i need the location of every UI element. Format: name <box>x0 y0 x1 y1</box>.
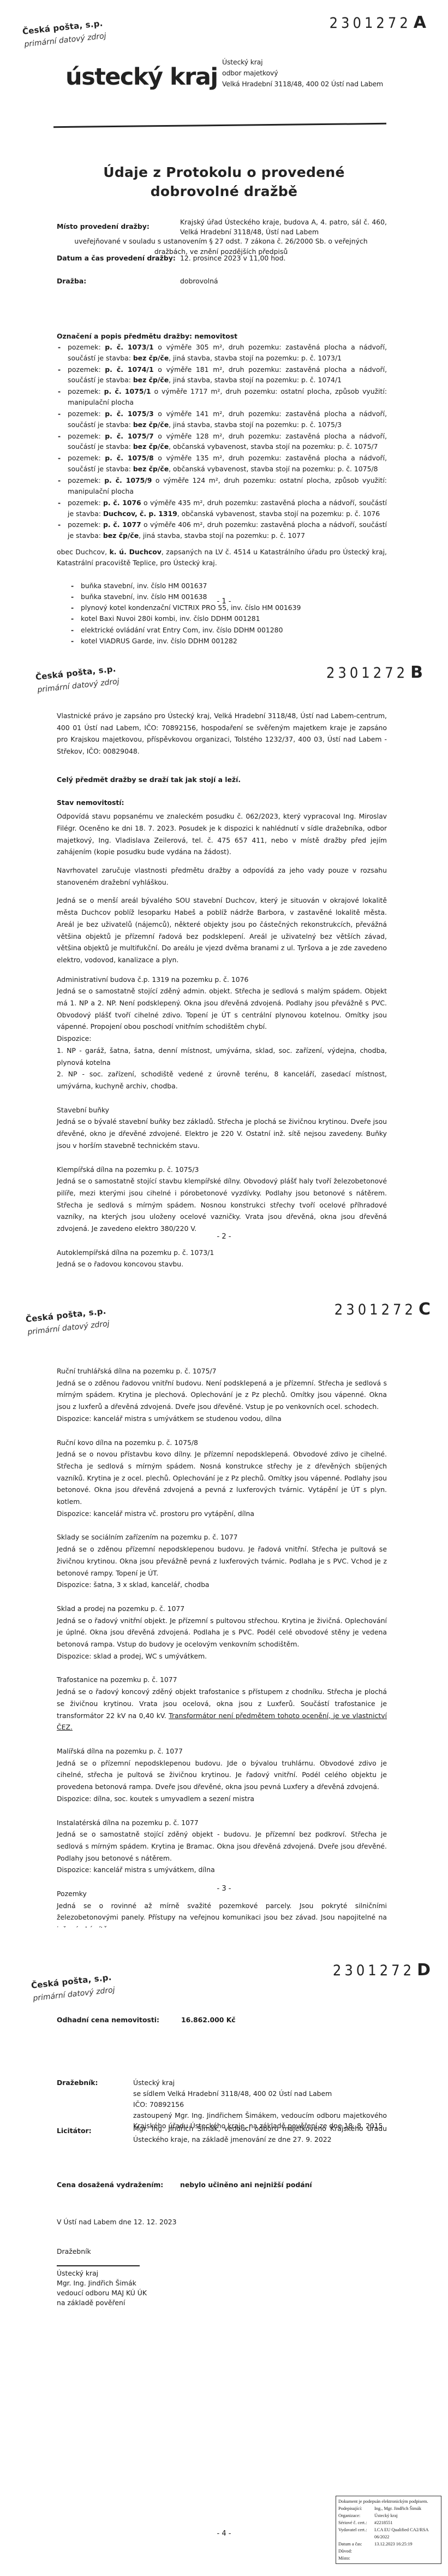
esig-rows: Podepisující:Ing., Mgr. Jindřich ŠimákOr… <box>338 2505 439 2562</box>
title-line-2: dobrovolné dražbě <box>0 182 448 201</box>
page-2: Česká pošta, s.p. primární datový zdroj … <box>0 644 448 1278</box>
valuation-value: 16.862.000 Kč <box>181 2015 387 2025</box>
building-title: Autoklempířská dílna na pozemku p. č. 10… <box>57 1247 387 1259</box>
condition-paragraph: Jedná se o menší areál bývalého SOU stav… <box>57 895 387 966</box>
p2-content: Vlastnické právo je zapsáno pro Ústecký … <box>57 710 387 1278</box>
building-title: Stavební buňky <box>57 1104 387 1116</box>
place-date: V Ústí nad Labem dne 12. 12. 2023 <box>57 2217 387 2227</box>
parcel-desc-2: , občanská vybavenost, stavba stojí na p… <box>169 465 378 473</box>
building-text: Jedná se o řadový vnitřní objekt. Je pří… <box>57 1615 387 1650</box>
parcel-prefix: pozemek: <box>68 520 103 529</box>
result-row: Cena dosažená vydražením: nebylo učiněno… <box>57 2180 387 2190</box>
building-text: Jedná se o bývalé stavební buňky bez zák… <box>57 1116 387 1151</box>
building-text: Jedná se o přízemní nepodsklepenou budov… <box>57 1757 387 1793</box>
building-text: Dispozice: šatna, 3 x sklad, kancelář, c… <box>57 1579 387 1591</box>
parcel-prefix: pozemek: <box>68 454 105 462</box>
building-text: Dispozice: kancelář mistra vč. prostoru … <box>57 1508 387 1520</box>
post-stamp: Česká pošta, s.p. primární datový zdroj <box>22 17 106 50</box>
esig-label: Sériové č. cert.: <box>338 2519 374 2526</box>
esig-row: Vydavatel cert.:I.CA EU Qualified CA2/RS… <box>338 2526 439 2541</box>
building-text: Dispozice: dílna, soc. koutek s umyvadle… <box>57 1793 387 1805</box>
parcel-desc-2: , jiná stavba, stavba stojí na pozemku: … <box>169 354 342 362</box>
page-suffix: B <box>410 663 423 682</box>
building-text: Dispozice: kancelář mistra s umývátkem, … <box>57 1864 387 1876</box>
doc-number: 2301272D <box>333 1958 431 1982</box>
doc-number: 2301272C <box>334 1298 431 1322</box>
cadastre-pre: obec Duchcov, <box>57 548 110 556</box>
parcel-item: pozemek: p. č. 1074/1 o výměře 181 m², d… <box>57 364 387 386</box>
auction-type-value: dobrovolná <box>180 276 387 286</box>
esig-value: Ústecký kraj <box>374 2512 398 2519</box>
org-line: Ústecký kraj <box>222 57 383 68</box>
parcel-item: pozemek: p. č. 1075/7 o výměře 128 m², d… <box>57 431 387 453</box>
parcel-id: p. č. 1075/1 <box>104 387 151 395</box>
signature-line-text: vedoucí odboru MAJ KÚ ÚK <box>57 2288 387 2298</box>
subject-heading: Označení a popis předmětu dražby: nemovi… <box>57 331 387 342</box>
esig-header: Dokument je podepsán elektronickým podpi… <box>338 2498 439 2505</box>
building-text: Dispozice: <box>57 1033 387 1045</box>
building-section: Sklady se sociálním zařízením na pozemku… <box>57 1531 387 1591</box>
parcel-item: pozemek: p. č. 1075/8 o výměře 135 m², d… <box>57 453 387 475</box>
auction-place: Místo provedení dražby: Krajský úřad Úst… <box>57 217 387 237</box>
post-stamp: Česká pošta, s.p. primární datový zdroj <box>31 1971 115 2004</box>
licitator-value: Mgr. Ing. Jindřich Šimák, vedoucí odboru… <box>133 2123 387 2145</box>
cadastre-note: obec Duchcov, k. ú. Duchcov, zapsaných n… <box>57 547 387 569</box>
auction-info: Místo provedení dražby: Krajský úřad Úst… <box>57 217 387 286</box>
building-descriptions: Ruční truhlářská dílna na pozemku p. č. … <box>57 1365 387 1928</box>
building-text: Jedná se o zděnou přízemní nepodsklepeno… <box>57 1543 387 1579</box>
page-4: Česká pošta, s.p. primární datový zdroj … <box>0 1928 448 2576</box>
esig-label: Organizace: <box>338 2512 374 2519</box>
page-suffix: D <box>417 1961 431 1980</box>
building-title: Trafostanice na pozemku p. č. 1077 <box>57 1674 387 1686</box>
auction-date: Datum a čas provedení dražby: 12. prosin… <box>57 253 387 263</box>
page-number: - 1 - <box>0 597 448 607</box>
parcel-item: pozemek: p. č. 1075/9 o výměře 124 m², d… <box>57 475 387 497</box>
parcel-building: bez čp/če <box>133 421 169 429</box>
page-1: Česká pošta, s.p. primární datový zdroj … <box>0 0 448 644</box>
signature-line-text: Mgr. Ing. Jindřich Šimák <box>57 2278 387 2288</box>
condition-paragraph: Navrhovatel zaručuje vlastnosti předmětu… <box>57 864 387 888</box>
page-number: - 3 - <box>0 1884 448 1894</box>
building-title: Instalatérská dílna na pozemku p. č. 107… <box>57 1817 387 1829</box>
parcel-prefix: pozemek: <box>68 476 104 484</box>
esig-label: Datum a čas: <box>338 2541 374 2548</box>
licitator-row: Licitátor: Mgr. Ing. Jindřich Šimák, ved… <box>57 2123 387 2145</box>
parcel-prefix: pozemek: <box>68 365 105 374</box>
esig-row: Důvod: <box>338 2548 439 2555</box>
auctioneer-line: Ústecký kraj <box>133 2077 387 2088</box>
esig-value: I.CA EU Qualified CA2/RSA 06/2022 <box>374 2526 439 2541</box>
building-text: Dispozice: sklad a prodej, WC s umývátke… <box>57 1650 387 1662</box>
parcel-desc-2: , občanská vybavenost, stavba stojí na p… <box>177 510 380 518</box>
building-text: Jedná se o rovinné až mírně svažité poze… <box>57 1900 387 1928</box>
building-section: Sklad a prodej na pozemku p. č. 1077Jedn… <box>57 1603 387 1662</box>
building-title: Sklady se sociálním zařízením na pozemku… <box>57 1531 387 1543</box>
building-section: Instalatérská dílna na pozemku p. č. 107… <box>57 1817 387 1876</box>
building-text: Jedná se o zděnou řadovou vnitřní budovu… <box>57 1377 387 1413</box>
condition-paragraphs: Odpovídá stavu popsanému ve znaleckém po… <box>57 810 387 966</box>
signature-line-text: na základě pověření <box>57 2298 387 2308</box>
building-title: Sklad a prodej na pozemku p. č. 1077 <box>57 1603 387 1615</box>
p3-content: Ruční truhlářská dílna na pozemku p. č. … <box>57 1358 387 1928</box>
valuation-row: Odhadní cena nemovitosti: 16.862.000 Kč <box>57 2015 387 2025</box>
building-title: Malířská dílna na pozemku p. č. 1077 <box>57 1745 387 1757</box>
auction-type: Dražba: dobrovolná <box>57 276 387 286</box>
auction-date-value: 12. prosince 2023 v 11,00 hod. <box>180 253 387 263</box>
esig-row: Místo: <box>338 2555 439 2562</box>
title-line-1: Údaje z Protokolu o provedené <box>0 163 448 182</box>
building-text: Jedná se o novou přístavbu kovo dílny. J… <box>57 1448 387 1508</box>
esig-label: Podepisující: <box>338 2505 374 2512</box>
movables-list: buňka stavební, inv. číslo HM 001637buňk… <box>70 581 387 644</box>
doc-number: 2301272B <box>326 661 423 685</box>
header-divider <box>53 123 386 128</box>
doc-number-value: 2301272 <box>334 1301 416 1318</box>
parcel-desc-2: , jiná stavba, stavba stojí na pozemku: … <box>169 421 342 429</box>
parcel-item: pozemek: p. č. 1076 o výměře 435 m², dru… <box>57 498 387 519</box>
parcel-id: p. č. 1077 <box>103 520 141 529</box>
building-section: Autoklempířská dílna na pozemku p. č. 10… <box>57 1247 387 1270</box>
auction-type-label: Dražba: <box>57 276 180 286</box>
auctioneer-line: IČO: 70892156 <box>133 2099 387 2110</box>
movable-item: buňka stavební, inv. číslo HM 001637 <box>70 581 387 591</box>
parcel-id: p. č. 1075/3 <box>105 410 153 418</box>
doc-number-value: 2301272 <box>326 665 408 682</box>
parcel-id: p. č. 1075/9 <box>104 476 152 484</box>
building-text: Jedná se o řadovou koncovou stavbu. <box>57 1258 387 1270</box>
parcel-building: bez čp/če <box>103 531 139 540</box>
building-section: Stavební buňkyJedná se o bývalé stavební… <box>57 1104 387 1152</box>
esig-value: #2218551 <box>374 2519 393 2526</box>
building-section: Malířská dílna na pozemku p. č. 1077Jedn… <box>57 1745 387 1805</box>
parcel-prefix: pozemek: <box>68 343 105 351</box>
org-address: Ústecký kraj odbor majetkový Velká Hrade… <box>222 57 383 90</box>
valuation-label: Odhadní cena nemovitosti: <box>57 2015 181 2025</box>
doc-number-value: 2301272 <box>330 15 411 32</box>
building-text: Jedná se o řadový koncový zděný objekt t… <box>57 1686 387 1733</box>
building-title: Klempířská dílna na pozemku p. č. 1075/3 <box>57 1164 387 1176</box>
electronic-signature-box: Dokument je podepsán elektronickým podpi… <box>336 2496 441 2564</box>
movable-item: kotel VIADRUS Garde, inv. číslo DDHM 001… <box>70 636 387 644</box>
result-label: Cena dosažená vydražením: <box>57 2180 180 2190</box>
building-section: Trafostanice na pozemku p. č. 1077Jedná … <box>57 1674 387 1733</box>
doc-number: 2301272A <box>330 11 426 35</box>
org-line: odbor majetkový <box>222 68 383 79</box>
parcel-building: bez čp/če <box>133 442 169 451</box>
building-text: Dispozice: kancelář mistra s umývátkem s… <box>57 1413 387 1425</box>
building-section: Administrativní budova č.p. 1319 na poze… <box>57 974 387 1092</box>
building-title: Administrativní budova č.p. 1319 na poze… <box>57 974 387 986</box>
building-title: Ruční truhlářská dílna na pozemku p. č. … <box>57 1365 387 1377</box>
parcel-item: pozemek: p. č. 1077 o výměře 406 m², dru… <box>57 519 387 541</box>
signature-role: Dražebník <box>57 2247 387 2257</box>
page-suffix: C <box>419 1300 431 1319</box>
parcel-id: p. č. 1073/1 <box>105 343 153 351</box>
parcel-list: pozemek: p. č. 1073/1 o výměře 305 m², d… <box>57 342 387 541</box>
signature-line <box>57 2265 140 2266</box>
signature-block: Ústecký kraj Mgr. Ing. Jindřich Šimák ve… <box>57 2265 387 2308</box>
org-line: Velká Hradební 3118/48, 400 02 Ústí nad … <box>222 79 383 90</box>
parcel-prefix: pozemek: <box>68 387 104 395</box>
licitator-label: Licitátor: <box>57 2123 133 2145</box>
parcel-desc-2: , občanská vybavenost, stavba stojí na p… <box>169 442 378 451</box>
esig-row: Podepisující:Ing., Mgr. Jindřich Šimák <box>338 2505 439 2512</box>
esig-row: Sériové č. cert.:#2218551 <box>338 2519 439 2526</box>
esig-value: 13.12.2023 16:25:19 <box>374 2541 413 2548</box>
auction-place-label: Místo provedení dražby: <box>57 217 180 237</box>
signature-line-text: Ústecký kraj <box>57 2269 387 2278</box>
ownership-text: Vlastnické právo je zapsáno pro Ústecký … <box>57 710 387 757</box>
page-suffix: A <box>414 13 426 32</box>
parcel-item: pozemek: p. č. 1073/1 o výměře 305 m², d… <box>57 342 387 364</box>
condition-heading: Stav nemovitostí: <box>57 797 387 809</box>
parcel-id: p. č. 1074/1 <box>105 365 153 374</box>
esig-label: Místo: <box>338 2555 374 2562</box>
parcel-building: bez čp/če <box>133 465 169 473</box>
movable-item: kotel Baxi Nuvoi 280i kombi, inv. číslo … <box>70 613 387 624</box>
esig-label: Vydavatel cert.: <box>338 2526 374 2541</box>
esig-value: Ing., Mgr. Jindřich Šimák <box>374 2505 421 2512</box>
page-3: Česká pošta, s.p. primární datový zdroj … <box>0 1278 448 1928</box>
as-is-statement: Celý předmět dražby se draží tak jak sto… <box>57 774 387 786</box>
building-text: 2. NP - soc. zařízení, schodiště vedené … <box>57 1068 387 1092</box>
auction-place-value: Krajský úřad Ústeckého kraje, budova A, … <box>180 217 387 237</box>
cadastre-area: k. ú. Duchcov <box>110 548 162 556</box>
parcel-prefix: pozemek: <box>68 432 105 440</box>
condition-paragraph: Odpovídá stavu popsanému ve znaleckém po… <box>57 810 387 858</box>
building-section: Ruční kovo dílna na pozemku p. č. 1075/8… <box>57 1437 387 1520</box>
parcel-item: pozemek: p. č. 1075/3 o výměře 141 m², d… <box>57 408 387 430</box>
building-section: Ruční truhlářská dílna na pozemku p. č. … <box>57 1365 387 1425</box>
parcel-desc-2: , jiná stavba, stavba stojí na pozemku: … <box>169 376 342 384</box>
building-section: Klempířská dílna na pozemku p. č. 1075/3… <box>57 1164 387 1235</box>
parcel-id: p. č. 1076 <box>103 499 141 507</box>
building-text: Jedná se o samostatně stojící zděný admi… <box>57 985 387 1033</box>
document-title: Údaje z Protokolu o provedené dobrovolné… <box>0 163 448 201</box>
parcel-id: p. č. 1075/8 <box>105 454 153 462</box>
parcel-building: bez čp/če <box>133 376 169 384</box>
building-text: Jedná se o samostatně stojící zděný obje… <box>57 1828 387 1864</box>
esig-row: Organizace:Ústecký kraj <box>338 2512 439 2519</box>
parcel-prefix: pozemek: <box>68 410 105 418</box>
movable-item: elektrické ovládání vrat Entry Com, inv.… <box>70 625 387 635</box>
esig-row: Datum a čas:13.12.2023 16:25:19 <box>338 2541 439 2548</box>
parcel-desc-2: , jiná stavba, stavba stojí na pozemku: … <box>139 531 305 540</box>
parcel-building: bez čp/če <box>133 354 169 362</box>
parcel-item: pozemek: p. č. 1075/1 o výměře 1717 m², … <box>57 386 387 408</box>
parcel-building: Duchcov, č. p. 1319 <box>103 510 177 518</box>
building-text: 1. NP - garáž, šatna, šatna, denní místn… <box>57 1045 387 1068</box>
post-stamp: Česká pošta, s.p. primární datový zdroj <box>25 1305 110 1338</box>
parcel-id: p. č. 1075/7 <box>105 432 153 440</box>
page-number: - 2 - <box>0 1232 448 1242</box>
result-value: nebylo učiněno ani nejnižší podání <box>180 2180 387 2190</box>
building-text: Jedná se o samostatně stojící stavbu kle… <box>57 1175 387 1235</box>
parcel-prefix: pozemek: <box>68 499 103 507</box>
building-title: Ruční kovo dílna na pozemku p. č. 1075/8 <box>57 1437 387 1449</box>
auctioneer-line: se sídlem Velká Hradební 3118/48, 400 02… <box>133 2088 387 2099</box>
auction-date-label: Datum a čas provedení dražby: <box>57 253 180 263</box>
esig-label: Důvod: <box>338 2548 374 2555</box>
doc-number-value: 2301272 <box>333 1962 415 1979</box>
post-stamp: Česká pošta, s.p. primární datový zdroj <box>35 663 120 696</box>
region-logo: ústecký kraj <box>65 60 218 94</box>
